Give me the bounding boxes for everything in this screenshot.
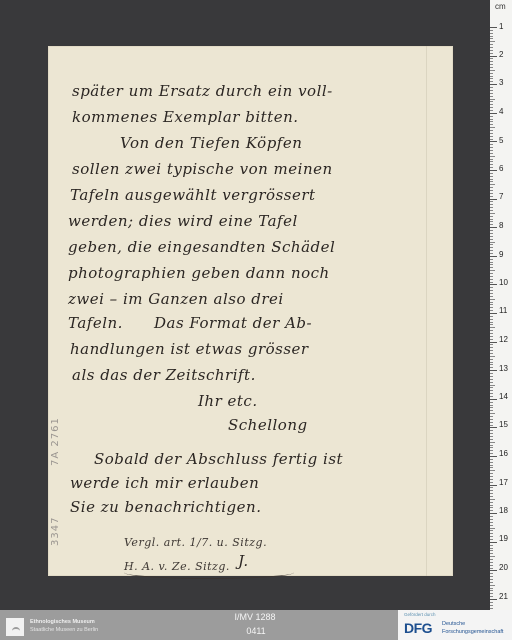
ruler-tick bbox=[490, 399, 497, 400]
ruler-tick bbox=[490, 496, 493, 497]
handwritten-line: als das der Zeitschrift. bbox=[72, 366, 256, 384]
ruler-tick bbox=[490, 422, 493, 423]
ruler-tick bbox=[490, 27, 497, 28]
handwritten-line: Tafeln ausgewählt vergrössert bbox=[70, 186, 316, 204]
ruler-tick bbox=[490, 193, 493, 194]
ruler-label: 21 bbox=[499, 592, 508, 601]
ruler-tick bbox=[490, 167, 493, 168]
ruler-tick bbox=[490, 573, 493, 574]
ruler-label: 10 bbox=[499, 278, 508, 287]
ruler-tick bbox=[490, 470, 495, 471]
ruler-tick bbox=[490, 61, 493, 62]
ruler-tick bbox=[490, 179, 493, 180]
dfg-sponsor-panel: Gefördert durch DFG Deutsche Forschungsg… bbox=[398, 610, 512, 640]
ruler-tick bbox=[490, 201, 493, 202]
handwritten-line: werden; dies wird eine Tafel bbox=[68, 212, 298, 230]
ruler-tick bbox=[490, 153, 493, 154]
ruler-tick bbox=[490, 84, 497, 85]
ruler-tick bbox=[490, 30, 493, 31]
ruler-tick bbox=[490, 530, 493, 531]
handwritten-line: später um Ersatz durch ein voll- bbox=[72, 82, 333, 100]
ruler-tick bbox=[490, 433, 493, 434]
ruler-tick bbox=[490, 253, 493, 254]
ruler-tick bbox=[490, 38, 493, 39]
ruler-tick bbox=[490, 476, 493, 477]
ruler-tick bbox=[490, 379, 493, 380]
ruler-tick bbox=[490, 327, 495, 328]
ruler-tick bbox=[490, 419, 493, 420]
ruler-tick bbox=[490, 293, 493, 294]
ruler-tick bbox=[490, 207, 493, 208]
handwritten-line: zwei – im Ganzen also drei bbox=[68, 290, 284, 308]
ruler-tick bbox=[490, 533, 493, 534]
ruler-tick bbox=[490, 396, 493, 397]
ruler-tick bbox=[490, 70, 495, 71]
pencil-inventory-mark: 3347 bbox=[50, 517, 61, 546]
ruler-tick bbox=[490, 121, 493, 122]
ruler-tick bbox=[490, 210, 493, 211]
handwritten-line: kommenes Exemplar bitten. bbox=[72, 108, 299, 126]
ruler-tick bbox=[490, 410, 493, 411]
ruler-tick bbox=[490, 485, 497, 486]
ruler-tick bbox=[490, 336, 493, 337]
ruler-tick bbox=[490, 373, 493, 374]
ruler-tick bbox=[490, 259, 493, 260]
ruler-tick bbox=[490, 528, 495, 529]
ruler-tick bbox=[490, 370, 497, 371]
ruler-tick bbox=[490, 239, 493, 240]
ruler-tick bbox=[490, 41, 495, 42]
annotation-underline bbox=[124, 566, 294, 579]
ruler-tick bbox=[490, 279, 493, 280]
ruler-tick bbox=[490, 176, 493, 177]
ruler-tick bbox=[490, 170, 497, 171]
ruler-tick bbox=[490, 499, 495, 500]
ruler-tick bbox=[490, 156, 495, 157]
ruler-tick bbox=[490, 99, 495, 100]
ruler-tick bbox=[490, 307, 493, 308]
ruler-tick bbox=[490, 250, 493, 251]
ruler-label: 11 bbox=[499, 306, 507, 315]
ruler-tick bbox=[490, 236, 493, 237]
ruler-tick bbox=[490, 287, 493, 288]
ruler-tick bbox=[490, 113, 497, 114]
ruler-tick bbox=[490, 442, 495, 443]
ruler-label: 3 bbox=[499, 78, 503, 87]
ruler-tick bbox=[490, 427, 497, 428]
ruler-tick bbox=[490, 385, 495, 386]
handwritten-line: Sobald der Abschluss fertig ist bbox=[94, 450, 343, 468]
ruler-tick bbox=[490, 199, 497, 200]
handwritten-line: sollen zwei typische von meinen bbox=[72, 160, 333, 178]
ruler-tick bbox=[490, 119, 493, 120]
ruler-tick bbox=[490, 262, 493, 263]
ruler-tick bbox=[490, 219, 493, 220]
ruler-tick bbox=[490, 190, 493, 191]
ruler-tick bbox=[490, 302, 493, 303]
dfg-logo-icon: DFG bbox=[404, 620, 432, 636]
ruler-tick bbox=[490, 465, 493, 466]
ruler-tick bbox=[490, 407, 493, 408]
ruler-tick bbox=[490, 67, 493, 68]
ruler-label: 20 bbox=[499, 563, 508, 572]
ruler-tick bbox=[490, 439, 493, 440]
handwritten-line: Sie zu benachrichtigen. bbox=[70, 498, 261, 516]
ruler-tick bbox=[490, 216, 493, 217]
ruler-tick bbox=[490, 159, 493, 160]
handwritten-line: werde ich mir erlauben bbox=[70, 474, 259, 492]
handwritten-line: photographien geben dann noch bbox=[68, 264, 330, 282]
ruler-label: 9 bbox=[499, 250, 503, 259]
ruler-tick bbox=[490, 284, 497, 285]
funded-by-label: Gefördert durch bbox=[404, 612, 436, 617]
ruler-tick bbox=[490, 350, 493, 351]
ruler-tick bbox=[490, 204, 493, 205]
ruler-tick bbox=[490, 78, 493, 79]
ruler-tick bbox=[490, 227, 497, 228]
ruler-label: 1 bbox=[499, 22, 503, 31]
ruler-tick bbox=[490, 304, 493, 305]
ruler-tick bbox=[490, 324, 493, 325]
ruler-tick bbox=[490, 33, 493, 34]
ruler-tick bbox=[490, 273, 493, 274]
paper-fold-line bbox=[426, 46, 427, 576]
ruler-tick bbox=[490, 242, 495, 243]
ruler-tick bbox=[490, 81, 493, 82]
ruler-tick bbox=[490, 416, 493, 417]
ruler-tick bbox=[490, 490, 493, 491]
ruler-tick bbox=[490, 58, 493, 59]
ruler-tick bbox=[490, 196, 493, 197]
ruler-tick bbox=[490, 425, 493, 426]
ruler-tick bbox=[490, 542, 497, 543]
cm-scale-ruler: cm 1 2 3 4 5 6 7 8 9 10 11 12 13 14 15 1… bbox=[490, 0, 512, 610]
ruler-tick bbox=[490, 247, 493, 248]
ruler-tick bbox=[490, 579, 493, 580]
ruler-label: 2 bbox=[499, 50, 503, 59]
ruler-tick bbox=[490, 559, 493, 560]
ruler-tick bbox=[490, 330, 493, 331]
ruler-tick bbox=[490, 502, 493, 503]
ruler-tick bbox=[490, 310, 493, 311]
ruler-tick bbox=[490, 173, 493, 174]
ruler-tick bbox=[490, 221, 493, 222]
ruler-tick bbox=[490, 367, 493, 368]
ruler-tick bbox=[490, 230, 493, 231]
ruler-tick bbox=[490, 405, 493, 406]
ruler-tick bbox=[490, 359, 493, 360]
ruler-tick bbox=[490, 487, 493, 488]
ruler-tick bbox=[490, 522, 493, 523]
ruler-tick bbox=[490, 599, 497, 600]
ruler-tick bbox=[490, 107, 493, 108]
ruler-tick bbox=[490, 456, 497, 457]
ruler-tick bbox=[490, 181, 493, 182]
ruler-tick bbox=[490, 447, 493, 448]
ruler-tick bbox=[490, 339, 493, 340]
ruler-tick bbox=[490, 90, 493, 91]
ruler-tick bbox=[490, 267, 493, 268]
ruler-tick bbox=[490, 553, 493, 554]
ruler-tick bbox=[490, 50, 493, 51]
ruler-label: 18 bbox=[499, 506, 508, 515]
ruler-tick bbox=[490, 453, 493, 454]
ruler-tick bbox=[490, 608, 493, 609]
ruler-tick bbox=[490, 602, 493, 603]
document-viewer[interactable]: später um Ersatz durch ein voll- kommene… bbox=[0, 0, 490, 610]
ruler-tick bbox=[490, 576, 493, 577]
dfg-name: Deutsche Forschungsgemeinschaft bbox=[442, 620, 503, 636]
ruler-tick bbox=[490, 76, 493, 77]
ruler-tick bbox=[490, 296, 493, 297]
ruler-label: 8 bbox=[499, 221, 503, 230]
ruler-tick bbox=[490, 101, 493, 102]
ruler-tick bbox=[490, 376, 493, 377]
ruler-tick bbox=[490, 224, 493, 225]
dfg-name-line1: Deutsche bbox=[442, 620, 503, 628]
letter-page: später um Ersatz durch ein voll- kommene… bbox=[48, 46, 453, 576]
ruler-tick bbox=[490, 47, 493, 48]
ruler-tick bbox=[490, 413, 495, 414]
handwritten-line: Tafeln. bbox=[68, 314, 123, 332]
ruler-tick bbox=[490, 493, 493, 494]
ruler-tick bbox=[490, 144, 493, 145]
ruler-tick bbox=[490, 430, 493, 431]
ruler-tick bbox=[490, 344, 493, 345]
ruler-tick bbox=[490, 393, 493, 394]
ruler-tick bbox=[490, 270, 495, 271]
ruler-tick bbox=[490, 596, 493, 597]
ruler-tick bbox=[490, 505, 493, 506]
ruler-tick bbox=[490, 56, 497, 57]
ruler-unit-label: cm bbox=[495, 2, 506, 11]
ruler-tick bbox=[490, 525, 493, 526]
ruler-tick bbox=[490, 53, 493, 54]
ruler-tick bbox=[490, 462, 493, 463]
ruler-tick bbox=[490, 585, 495, 586]
ruler-tick bbox=[490, 256, 497, 257]
archive-annotation: Vergl. art. 1/7. u. Sitzg. bbox=[124, 536, 267, 549]
ruler-tick bbox=[490, 299, 495, 300]
ruler-tick bbox=[490, 568, 493, 569]
ruler-tick bbox=[490, 316, 493, 317]
ruler-tick bbox=[490, 390, 493, 391]
ruler-tick bbox=[490, 319, 493, 320]
ruler-tick bbox=[490, 562, 493, 563]
ruler-tick bbox=[490, 593, 493, 594]
ruler-tick bbox=[490, 519, 493, 520]
ruler-tick bbox=[490, 104, 493, 105]
ruler-tick bbox=[490, 139, 493, 140]
ruler-tick bbox=[490, 356, 495, 357]
ruler-label: 5 bbox=[499, 136, 503, 145]
ruler-label: 12 bbox=[499, 335, 508, 344]
ruler-tick bbox=[490, 187, 493, 188]
ruler-tick bbox=[490, 44, 493, 45]
ruler-tick bbox=[490, 244, 493, 245]
ruler-tick bbox=[490, 565, 493, 566]
ruler-tick bbox=[490, 96, 493, 97]
annotation-initial: J. bbox=[238, 552, 249, 570]
handwritten-line: Das Format der Ab- bbox=[154, 314, 312, 332]
ruler-tick bbox=[490, 342, 497, 343]
ruler-tick bbox=[490, 136, 493, 137]
ruler-label: 6 bbox=[499, 164, 503, 173]
ruler-tick bbox=[490, 64, 493, 65]
ruler-tick bbox=[490, 322, 493, 323]
ruler-tick bbox=[490, 133, 493, 134]
ruler-label: 4 bbox=[499, 107, 503, 116]
closing-salutation: Ihr etc. bbox=[198, 392, 258, 410]
ruler-tick bbox=[490, 87, 493, 88]
ruler-tick bbox=[490, 402, 493, 403]
ruler-tick bbox=[490, 459, 493, 460]
ruler-tick bbox=[490, 382, 493, 383]
ruler-tick bbox=[490, 36, 493, 37]
ruler-tick bbox=[490, 347, 493, 348]
ruler-tick bbox=[490, 147, 493, 148]
ruler-tick bbox=[490, 116, 493, 117]
ruler-tick bbox=[490, 362, 493, 363]
ruler-tick bbox=[490, 473, 493, 474]
ruler-tick bbox=[490, 467, 493, 468]
ruler-tick bbox=[490, 233, 493, 234]
ruler-tick bbox=[490, 590, 493, 591]
ruler-tick bbox=[490, 124, 493, 125]
ruler-tick bbox=[490, 364, 493, 365]
ruler-tick bbox=[490, 290, 493, 291]
ruler-label: 13 bbox=[499, 364, 508, 373]
signature: Schellong bbox=[228, 416, 308, 434]
ruler-tick bbox=[490, 445, 493, 446]
ruler-tick bbox=[490, 536, 493, 537]
ruler-tick bbox=[490, 479, 493, 480]
ruler-tick bbox=[490, 582, 493, 583]
ruler-tick bbox=[490, 588, 493, 589]
ruler-tick bbox=[490, 161, 493, 162]
ruler-tick bbox=[490, 264, 493, 265]
ruler-tick bbox=[490, 482, 493, 483]
pencil-inventory-mark: 7A 2761 bbox=[50, 417, 61, 466]
ruler-tick bbox=[490, 510, 493, 511]
ruler-label: 15 bbox=[499, 420, 508, 429]
handwritten-line: Von den Tiefen Köpfen bbox=[120, 134, 302, 152]
ruler-tick bbox=[490, 539, 493, 540]
ruler-tick bbox=[490, 282, 493, 283]
ruler-label: 7 bbox=[499, 192, 503, 201]
ruler-tick bbox=[490, 130, 493, 131]
ruler-tick bbox=[490, 450, 493, 451]
ruler-tick bbox=[490, 313, 497, 314]
handwritten-line: geben, die eingesandten Schädel bbox=[68, 238, 335, 256]
ruler-label: 17 bbox=[499, 478, 508, 487]
ruler-tick bbox=[490, 127, 495, 128]
ruler-tick bbox=[490, 164, 493, 165]
ruler-tick bbox=[490, 141, 497, 142]
dfg-name-line2: Forschungsgemeinschaft bbox=[442, 628, 503, 636]
handwritten-line: handlungen ist etwas grösser bbox=[70, 340, 309, 358]
ruler-tick bbox=[490, 605, 493, 606]
ruler-tick bbox=[490, 150, 493, 151]
ruler-label: 14 bbox=[499, 392, 508, 401]
ruler-tick bbox=[490, 550, 493, 551]
ruler-label: 16 bbox=[499, 449, 508, 458]
ruler-label: 19 bbox=[499, 534, 508, 543]
ruler-tick bbox=[490, 556, 495, 557]
ruler-tick bbox=[490, 545, 493, 546]
ruler-tick bbox=[490, 93, 493, 94]
ruler-tick bbox=[490, 570, 497, 571]
ruler-tick bbox=[490, 333, 493, 334]
ruler-tick bbox=[490, 213, 495, 214]
viewer-footer: Ethnologisches Museum Staatliche Museen … bbox=[0, 610, 512, 640]
ruler-tick bbox=[490, 184, 495, 185]
ruler-tick bbox=[490, 110, 493, 111]
ruler-tick bbox=[490, 513, 497, 514]
ruler-tick bbox=[490, 276, 493, 277]
ruler-tick bbox=[490, 436, 493, 437]
ruler-tick bbox=[490, 73, 493, 74]
ruler-tick bbox=[490, 507, 493, 508]
ruler-tick bbox=[490, 387, 493, 388]
ruler-tick bbox=[490, 353, 493, 354]
ruler-tick bbox=[490, 548, 493, 549]
ruler-tick bbox=[490, 516, 493, 517]
